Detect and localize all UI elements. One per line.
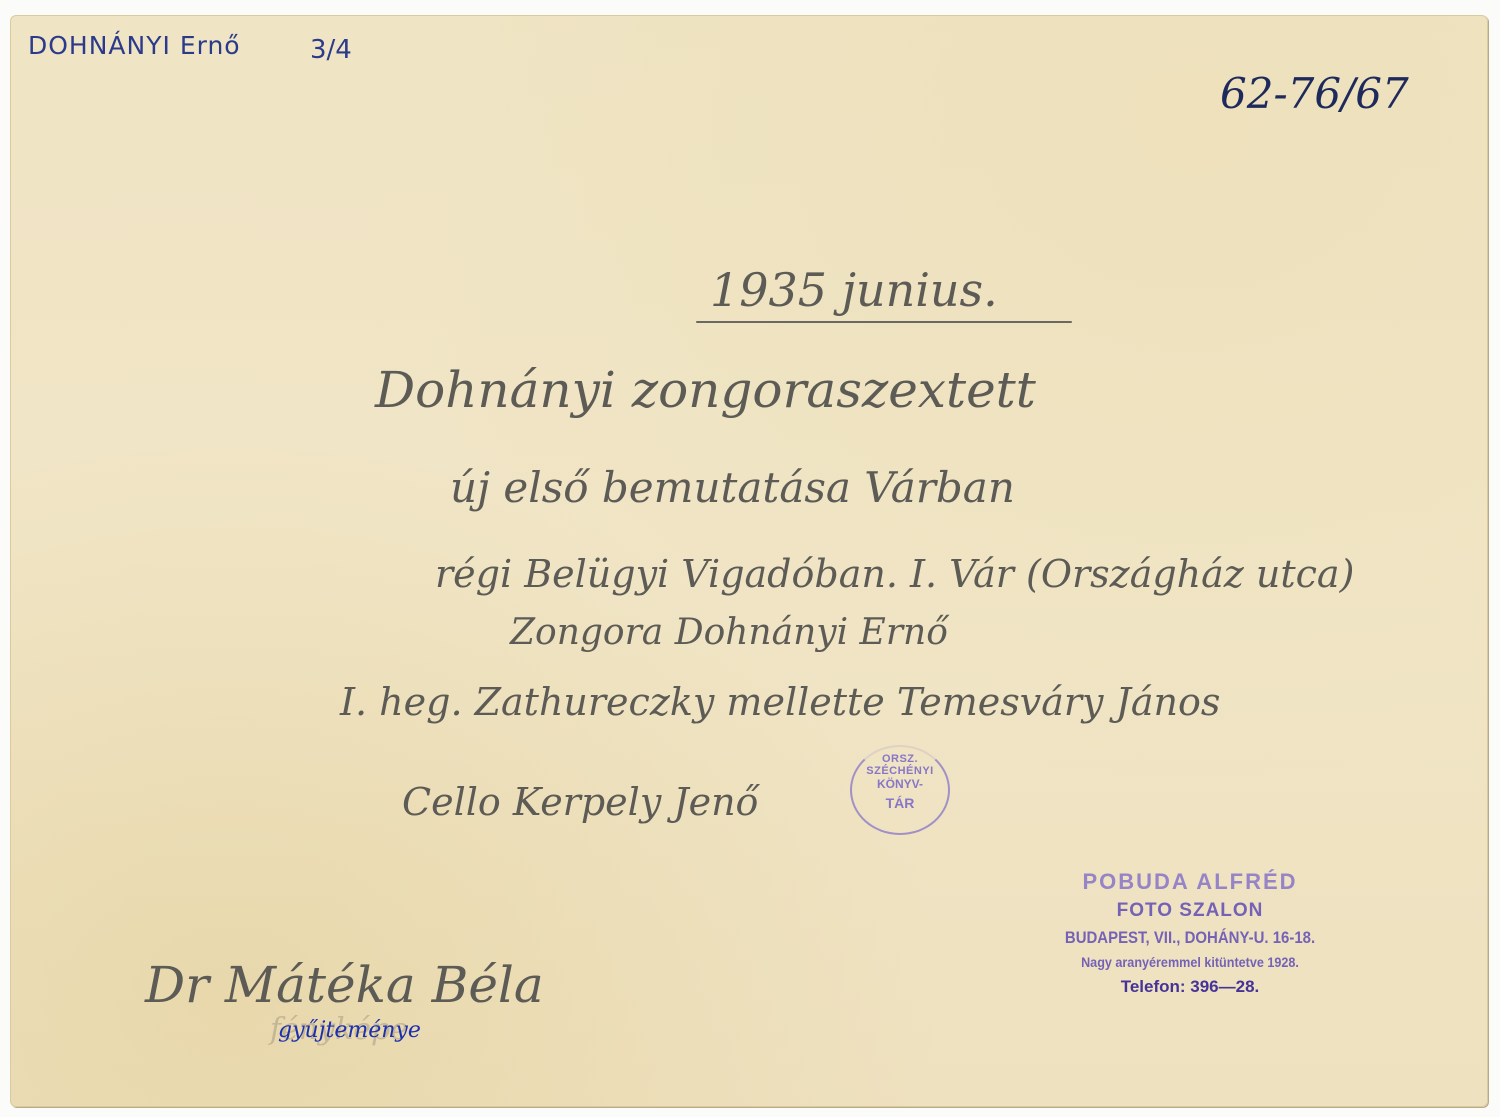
studio-stamp: POBUDA ALFRÉD FOTO SZALON BUDAPEST, VII.… <box>1025 871 1355 995</box>
library-stamp-ring-text: ORSZ. SZÉCHÉNYI <box>852 753 948 777</box>
collector-name: Dr Mátéka Béla <box>145 960 544 1010</box>
body-line-4: Zongora Dohnányi Ernő <box>510 615 948 651</box>
body-line-3: régi Belügyi Vigadóban. I. Vár (Országhá… <box>435 555 1354 593</box>
studio-award: Nagy aranyéremmel kitüntetve 1928. <box>1042 955 1339 969</box>
date-heading: 1935 junius. <box>710 267 998 313</box>
library-stamp-middle-text: KÖNYV- <box>852 777 948 791</box>
body-line-2: új első bemutatása Várban <box>450 467 1015 509</box>
subject-label: DOHNÁNYI Ernő <box>28 33 241 58</box>
studio-type: FOTO SZALON <box>1025 901 1355 920</box>
studio-phone: Telefon: 396—28. <box>1025 978 1355 995</box>
collector-annotation: gyűjteménye <box>278 1020 421 1042</box>
studio-name: POBUDA ALFRÉD <box>1025 871 1355 893</box>
library-stamp: ORSZ. SZÉCHÉNYI KÖNYV- TÁR <box>850 745 950 835</box>
date-underline <box>696 321 1072 323</box>
body-line-6: Cello Kerpely Jenő <box>402 783 758 821</box>
studio-address: BUDAPEST, VII., DOHÁNY-U. 16-18. <box>1045 929 1335 946</box>
inventory-number: 62-76/67 <box>1220 73 1409 115</box>
sequence-number: 3/4 <box>310 37 352 63</box>
photo-card-back: DOHNÁNYI Ernő 3/4 62-76/67 1935 junius. … <box>10 15 1488 1107</box>
body-line-5: I. heg. Zathureczky mellette Temesváry J… <box>340 683 1220 721</box>
library-stamp-bottom-text: TÁR <box>852 795 948 811</box>
body-line-1: Dohnányi zongoraszextett <box>375 365 1036 415</box>
